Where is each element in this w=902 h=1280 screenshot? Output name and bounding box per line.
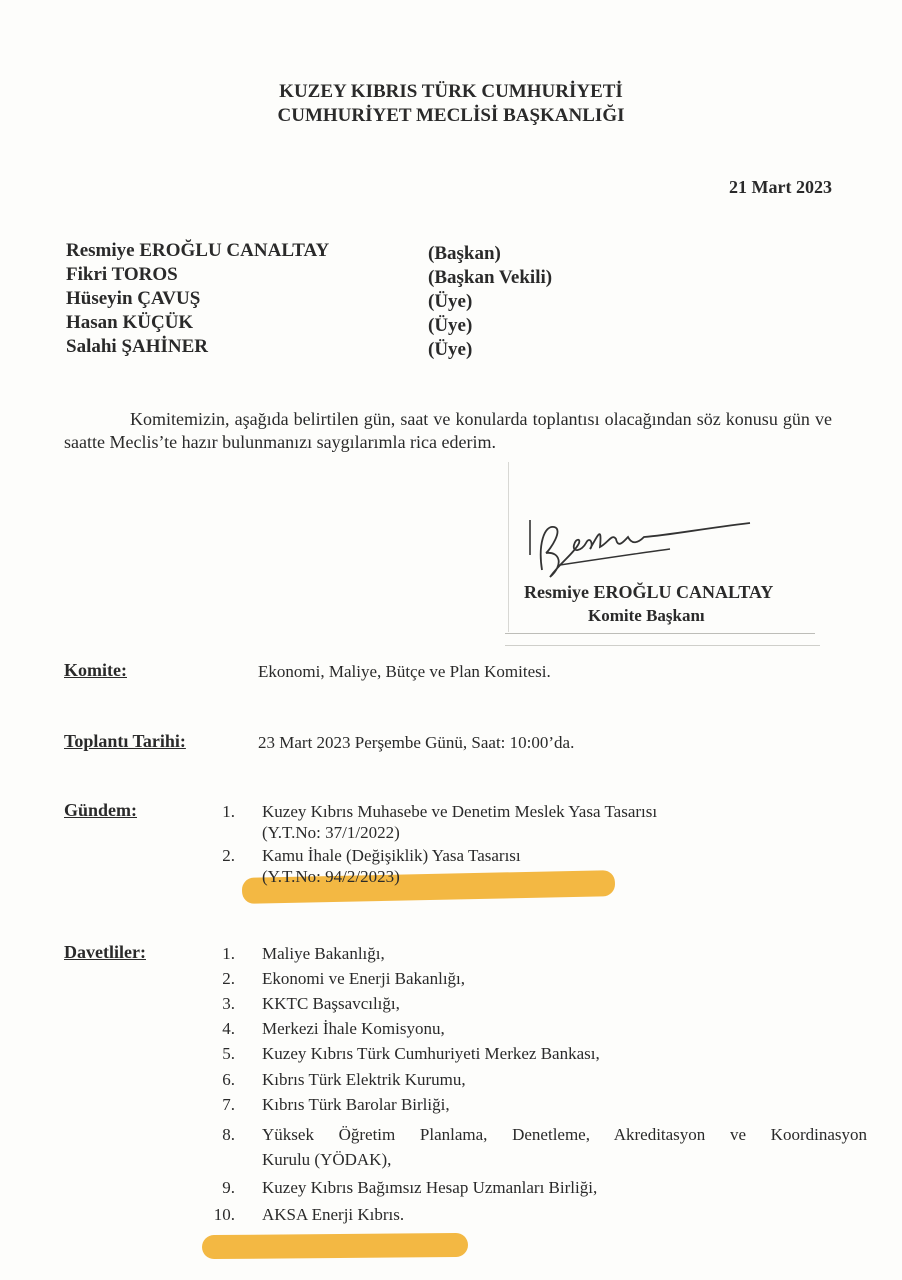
agenda-label: Gündem: (64, 800, 137, 821)
invitees-label: Davetliler: (64, 942, 146, 963)
komite-label: Komite: (64, 660, 127, 681)
invitee-item: Kıbrıs Türk Elektrik Kurumu, (262, 1070, 466, 1090)
member-role: (Başkan) (428, 243, 501, 265)
invitee-number: 2. (205, 969, 235, 989)
member-role: (Üye) (428, 339, 472, 361)
body-paragraph: Komitemizin, aşağıda belirtilen gün, saa… (64, 408, 832, 454)
member-name: Resmiye EROĞLU CANALTAY (66, 240, 329, 262)
agenda-item-ref: (Y.T.No: 94/2/2023) (262, 867, 400, 887)
header-line-1: KUZEY KIBRIS TÜRK CUMHURİYETİ (0, 80, 902, 104)
invitee-item: Kuzey Kıbrıs Türk Cumhuriyeti Merkez Ban… (262, 1044, 600, 1064)
invitee-item: Maliye Bakanlığı, (262, 944, 385, 964)
stamp-border (508, 462, 509, 632)
header-line-2: CUMHURİYET MECLİSİ BAŞKANLIĞI (0, 104, 902, 128)
invitee-number: 4. (205, 1019, 235, 1039)
agenda-item: Kuzey Kıbrıs Muhasebe ve Denetim Meslek … (262, 802, 657, 822)
member-role: (Üye) (428, 315, 472, 337)
komite-value: Ekonomi, Maliye, Bütçe ve Plan Komitesi. (258, 662, 551, 682)
invitee-number: 8. (205, 1125, 235, 1145)
stamp-line (505, 633, 815, 634)
member-name: Salahi ŞAHİNER (66, 336, 208, 358)
invitee-item: Kuzey Kıbrıs Bağımsız Hesap Uzmanları Bi… (262, 1178, 597, 1198)
invitee-item: Kıbrıs Türk Barolar Birliği, (262, 1095, 450, 1115)
invitee-number: 9. (205, 1178, 235, 1198)
invitee-item: Yüksek Öğretim Planlama, Denetleme, Akre… (262, 1125, 867, 1145)
invitee-item: KKTC Başsavcılığı, (262, 994, 400, 1014)
invitee-item: Ekonomi ve Enerji Bakanlığı, (262, 969, 465, 989)
agenda-item-ref: (Y.T.No: 37/1/2022) (262, 823, 400, 843)
agenda-item: Kamu İhale (Değişiklik) Yasa Tasarısı (262, 846, 521, 866)
invitee-item: Merkezi İhale Komisyonu, (262, 1019, 445, 1039)
member-name: Fikri TOROS (66, 264, 178, 286)
stamp-line (505, 645, 820, 646)
invitee-number: 1. (205, 944, 235, 964)
invitee-number: 6. (205, 1070, 235, 1090)
invitee-number: 7. (205, 1095, 235, 1115)
signatory-name: Resmiye EROĞLU CANALTAY (524, 582, 773, 603)
invitee-number: 5. (205, 1044, 235, 1064)
member-role: (Başkan Vekili) (428, 267, 552, 289)
meeting-date-value: 23 Mart 2023 Perşembe Günü, Saat: 10:00’… (258, 733, 574, 753)
member-role: (Üye) (428, 291, 472, 313)
signatory-title: Komite Başkanı (588, 606, 705, 626)
invitee-item: AKSA Enerji Kıbrıs. (262, 1205, 404, 1225)
highlight-mark (202, 1233, 468, 1259)
invitee-number: 3. (205, 994, 235, 1014)
agenda-number: 2. (205, 846, 235, 866)
document-date: 21 Mart 2023 (729, 177, 832, 198)
member-name: Hüseyin ÇAVUŞ (66, 288, 200, 310)
invitee-item-continued: Kurulu (YÖDAK), (262, 1150, 391, 1170)
invitee-number: 10. (205, 1205, 235, 1225)
agenda-number: 1. (205, 802, 235, 822)
meeting-date-label: Toplantı Tarihi: (64, 731, 186, 752)
member-name: Hasan KÜÇÜK (66, 312, 193, 334)
